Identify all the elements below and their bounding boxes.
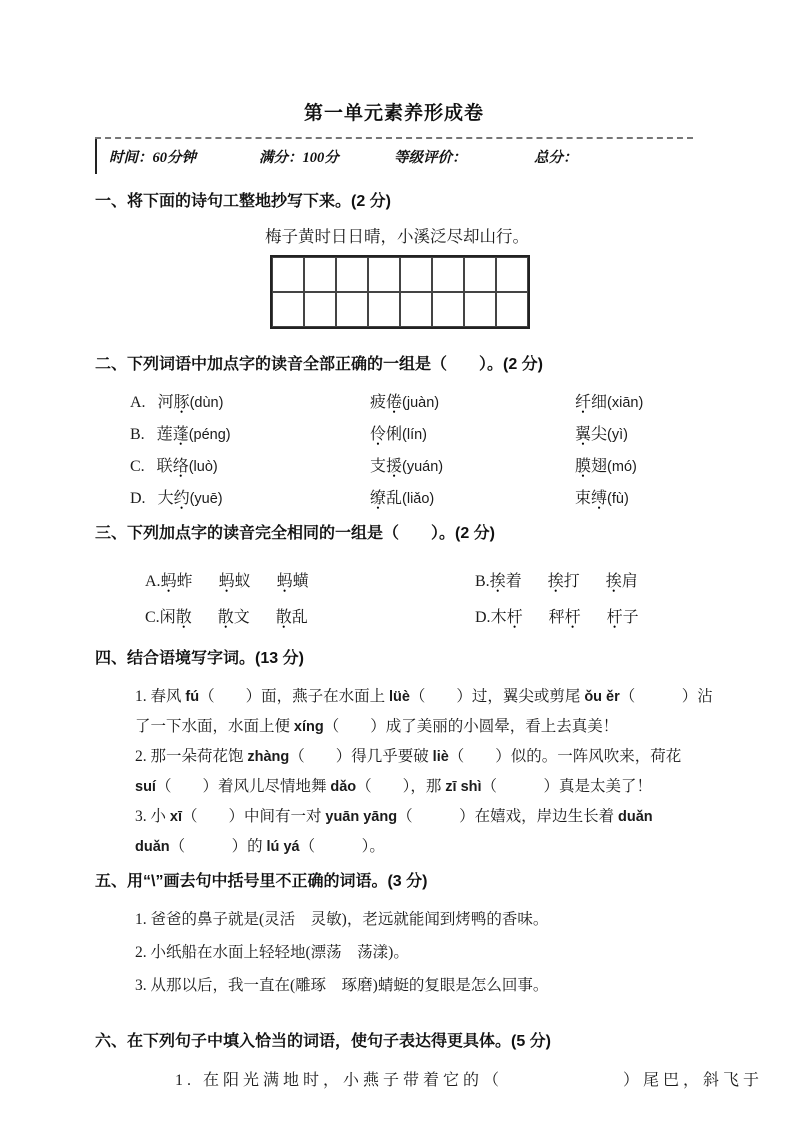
section-2-options: A.河豚(dùn) 疲倦(juàn) 纤细(xiān) B.莲蓬(péng) 伶… bbox=[95, 384, 693, 512]
exam-page: 第一单元素养形成卷 时间：60分钟 满分：100分 等级评价： 总分： 一、将下… bbox=[0, 0, 793, 1122]
fill-line-4: suí（ ）着风儿尽情地舞 dǎo（ ），那 zī shì（ ）真是太美了！ bbox=[135, 772, 693, 802]
fill-line-3: 2. 那一朵荷花饱 zhàng（ ）得几乎要破 liè（ ）似的。一阵风吹来，荷… bbox=[135, 742, 693, 772]
option-label: D. bbox=[475, 609, 491, 626]
fill-line-1: 1. 春风 fú（ ）面，燕子在水面上 lüè（ ）过，翼尖或剪尾 ǒu ěr（… bbox=[135, 682, 693, 712]
pinyin-answer: xíng bbox=[294, 719, 324, 735]
grid-cell bbox=[400, 292, 432, 327]
poem-text: 梅子黄时日日晴，小溪泛尽却山行。 bbox=[265, 223, 693, 247]
word-item: 缭乱(liǎo) bbox=[370, 490, 434, 507]
grid-cell bbox=[272, 257, 304, 292]
writing-grid bbox=[270, 255, 530, 329]
pinyin: (liǎo) bbox=[402, 491, 434, 507]
word-item: 挨打 bbox=[548, 573, 580, 590]
section-3-groups: A.蚂蚱蚂蚁蚂蟥 B.挨着挨打挨肩 C.闲散散文散乱 D.木杆秤杆杆子 bbox=[95, 561, 693, 633]
pinyin: (yuē) bbox=[190, 491, 223, 507]
word-item: 支援(yuán) bbox=[370, 458, 443, 475]
group-c: C.闲散散文散乱 bbox=[145, 604, 475, 627]
option-label: A. bbox=[145, 573, 161, 590]
choice-item-2: 2. 小纸船在水面上轻轻地(漂荡 荡漾)。 bbox=[135, 936, 693, 969]
section-1-heading: 一、将下面的诗句工整地抄写下来。(2 分) bbox=[95, 188, 693, 211]
group-b: B.挨着挨打挨肩 bbox=[475, 568, 693, 591]
pinyin: (mó) bbox=[607, 459, 637, 475]
word-item: 蚂蟥 bbox=[277, 573, 309, 590]
pinyin-answer: suí bbox=[135, 779, 156, 795]
pinyin-answer: ǒu ěr bbox=[584, 689, 619, 705]
option-label: C. bbox=[145, 609, 160, 626]
pinyin: (lín) bbox=[402, 427, 427, 443]
grid-cell bbox=[304, 292, 336, 327]
pinyin: (péng) bbox=[189, 427, 231, 443]
pinyin-answer: duǎn bbox=[618, 809, 653, 825]
time-label: 时间：60分钟 bbox=[109, 146, 259, 167]
choice-item-1: 1. 爸爸的鼻子就是(灵活 灵敏)，老远就能闻到烤鸭的香味。 bbox=[135, 903, 693, 936]
option-label: B. bbox=[130, 426, 145, 443]
group-row: C.闲散散文散乱 D.木杆秤杆杆子 bbox=[145, 597, 693, 633]
word-item: 膜翅(mó) bbox=[575, 458, 637, 475]
pinyin: (luò) bbox=[189, 459, 218, 475]
word-item: 挨肩 bbox=[606, 573, 638, 590]
pinyin-answer: lüè bbox=[389, 689, 410, 705]
grid-cell bbox=[368, 257, 400, 292]
option-label: C. bbox=[130, 458, 145, 475]
pinyin: (yì) bbox=[607, 427, 628, 443]
option-row-a: A.河豚(dùn) 疲倦(juàn) 纤细(xiān) bbox=[130, 384, 693, 416]
section-4-lines: 1. 春风 fú（ ）面，燕子在水面上 lüè（ ）过，翼尖或剪尾 ǒu ěr（… bbox=[95, 682, 693, 862]
pinyin: (xiān) bbox=[607, 395, 643, 411]
choice-item-3: 3. 从那以后，我一直在(雕琢 琢磨)蜻蜓的复眼是怎么回事。 bbox=[135, 969, 693, 1002]
pinyin: (fù) bbox=[607, 491, 629, 507]
grid-cell bbox=[272, 292, 304, 327]
word-item: 闲散 bbox=[160, 609, 192, 626]
word-item: 河豚(dùn) bbox=[158, 394, 224, 411]
option-label: A. bbox=[130, 394, 146, 411]
pinyin-answer: xī bbox=[170, 809, 182, 825]
section-4-heading: 四、结合语境写字词。(13 分) bbox=[95, 645, 693, 668]
header-info-bar: 时间：60分钟 满分：100分 等级评价： 总分： bbox=[95, 139, 693, 174]
pinyin-answer: dǎo bbox=[330, 779, 356, 795]
pinyin-answer: lú yá bbox=[267, 839, 300, 855]
fill-line-2: 了一下水面，水面上便 xíng（ ）成了美丽的小圆晕，看上去真美！ bbox=[135, 712, 693, 742]
option-label: D. bbox=[130, 490, 146, 507]
section-3-heading: 三、下列加点字的读音完全相同的一组是（ ）。(2 分) bbox=[95, 520, 693, 543]
word-item: 纤细(xiān) bbox=[575, 394, 643, 411]
grid-cell bbox=[464, 292, 496, 327]
word-item: 莲蓬(péng) bbox=[157, 426, 231, 443]
pinyin-answer: fú bbox=[185, 689, 199, 705]
section-5-items: 1. 爸爸的鼻子就是(灵活 灵敏)，老远就能闻到烤鸭的香味。 2. 小纸船在水面… bbox=[95, 903, 693, 1002]
word-item: 联络(luò) bbox=[157, 458, 218, 475]
group-row: A.蚂蚱蚂蚁蚂蟥 B.挨着挨打挨肩 bbox=[145, 561, 693, 597]
pinyin-answer: yuān yāng bbox=[325, 809, 397, 825]
pinyin: (dùn) bbox=[190, 395, 224, 411]
word-item: 杆子 bbox=[607, 609, 639, 626]
grid-cell bbox=[464, 257, 496, 292]
option-label: B. bbox=[475, 573, 490, 590]
word-item: 大约(yuē) bbox=[158, 490, 223, 507]
pinyin-answer: liè bbox=[433, 749, 449, 765]
grid-cell bbox=[304, 257, 336, 292]
grid-cell bbox=[496, 292, 528, 327]
fill-line-5: 3. 小 xī（ ）中间有一对 yuān yāng（ ）在嬉戏，岸边生长着 du… bbox=[135, 802, 693, 832]
grid-cell bbox=[368, 292, 400, 327]
full-score-label: 满分：100分 bbox=[259, 146, 394, 167]
option-row-d: D.大约(yuē) 缭乱(liǎo) 束缚(fù) bbox=[130, 480, 693, 512]
word-item: 翼尖(yì) bbox=[575, 426, 628, 443]
grid-cell bbox=[496, 257, 528, 292]
word-item: 秤杆 bbox=[549, 609, 581, 626]
total-label: 总分： bbox=[534, 146, 693, 167]
word-item: 伶俐(lín) bbox=[370, 426, 427, 443]
exam-title: 第一单元素养形成卷 bbox=[95, 98, 693, 125]
fill-line-6: duǎn（ ）的 lú yá（ ）。 bbox=[135, 832, 693, 862]
grid-cell bbox=[400, 257, 432, 292]
word-item: 挨着 bbox=[490, 573, 522, 590]
pinyin: (juàn) bbox=[402, 395, 439, 411]
grid-cell bbox=[336, 292, 368, 327]
group-a: A.蚂蚱蚂蚁蚂蟥 bbox=[145, 568, 475, 591]
pinyin-answer: duǎn bbox=[135, 839, 170, 855]
word-item: 蚂蚁 bbox=[219, 573, 251, 590]
fill-sentence-1: 1. 在阳光满地时，小燕子带着它的（ ）尾巴，斜飞于 bbox=[175, 1067, 693, 1090]
word-item: 束缚(fù) bbox=[575, 490, 629, 507]
grid-cell bbox=[432, 292, 464, 327]
grid-cell bbox=[432, 257, 464, 292]
grade-label: 等级评价： bbox=[394, 146, 534, 167]
option-row-b: B.莲蓬(péng) 伶俐(lín) 翼尖(yì) bbox=[130, 416, 693, 448]
pinyin-answer: zī shì bbox=[445, 779, 481, 795]
group-d: D.木杆秤杆杆子 bbox=[475, 604, 693, 627]
word-item: 蚂蚱 bbox=[161, 573, 193, 590]
word-item: 散文 bbox=[218, 609, 250, 626]
section-6-heading: 六、在下列句子中填入恰当的词语，使句子表达得更具体。(5 分) bbox=[95, 1028, 693, 1051]
option-row-c: C.联络(luò) 支援(yuán) 膜翅(mó) bbox=[130, 448, 693, 480]
word-item: 散乱 bbox=[276, 609, 308, 626]
section-5-heading: 五、用“\”画去句中括号里不正确的词语。(3 分) bbox=[95, 868, 693, 891]
grid-cell bbox=[336, 257, 368, 292]
section-2-heading: 二、下列词语中加点字的读音全部正确的一组是（ ）。(2 分) bbox=[95, 351, 693, 374]
word-item: 疲倦(juàn) bbox=[370, 394, 439, 411]
word-item: 木杆 bbox=[491, 609, 523, 626]
pinyin: (yuán) bbox=[402, 459, 443, 475]
pinyin-answer: zhàng bbox=[247, 749, 289, 765]
